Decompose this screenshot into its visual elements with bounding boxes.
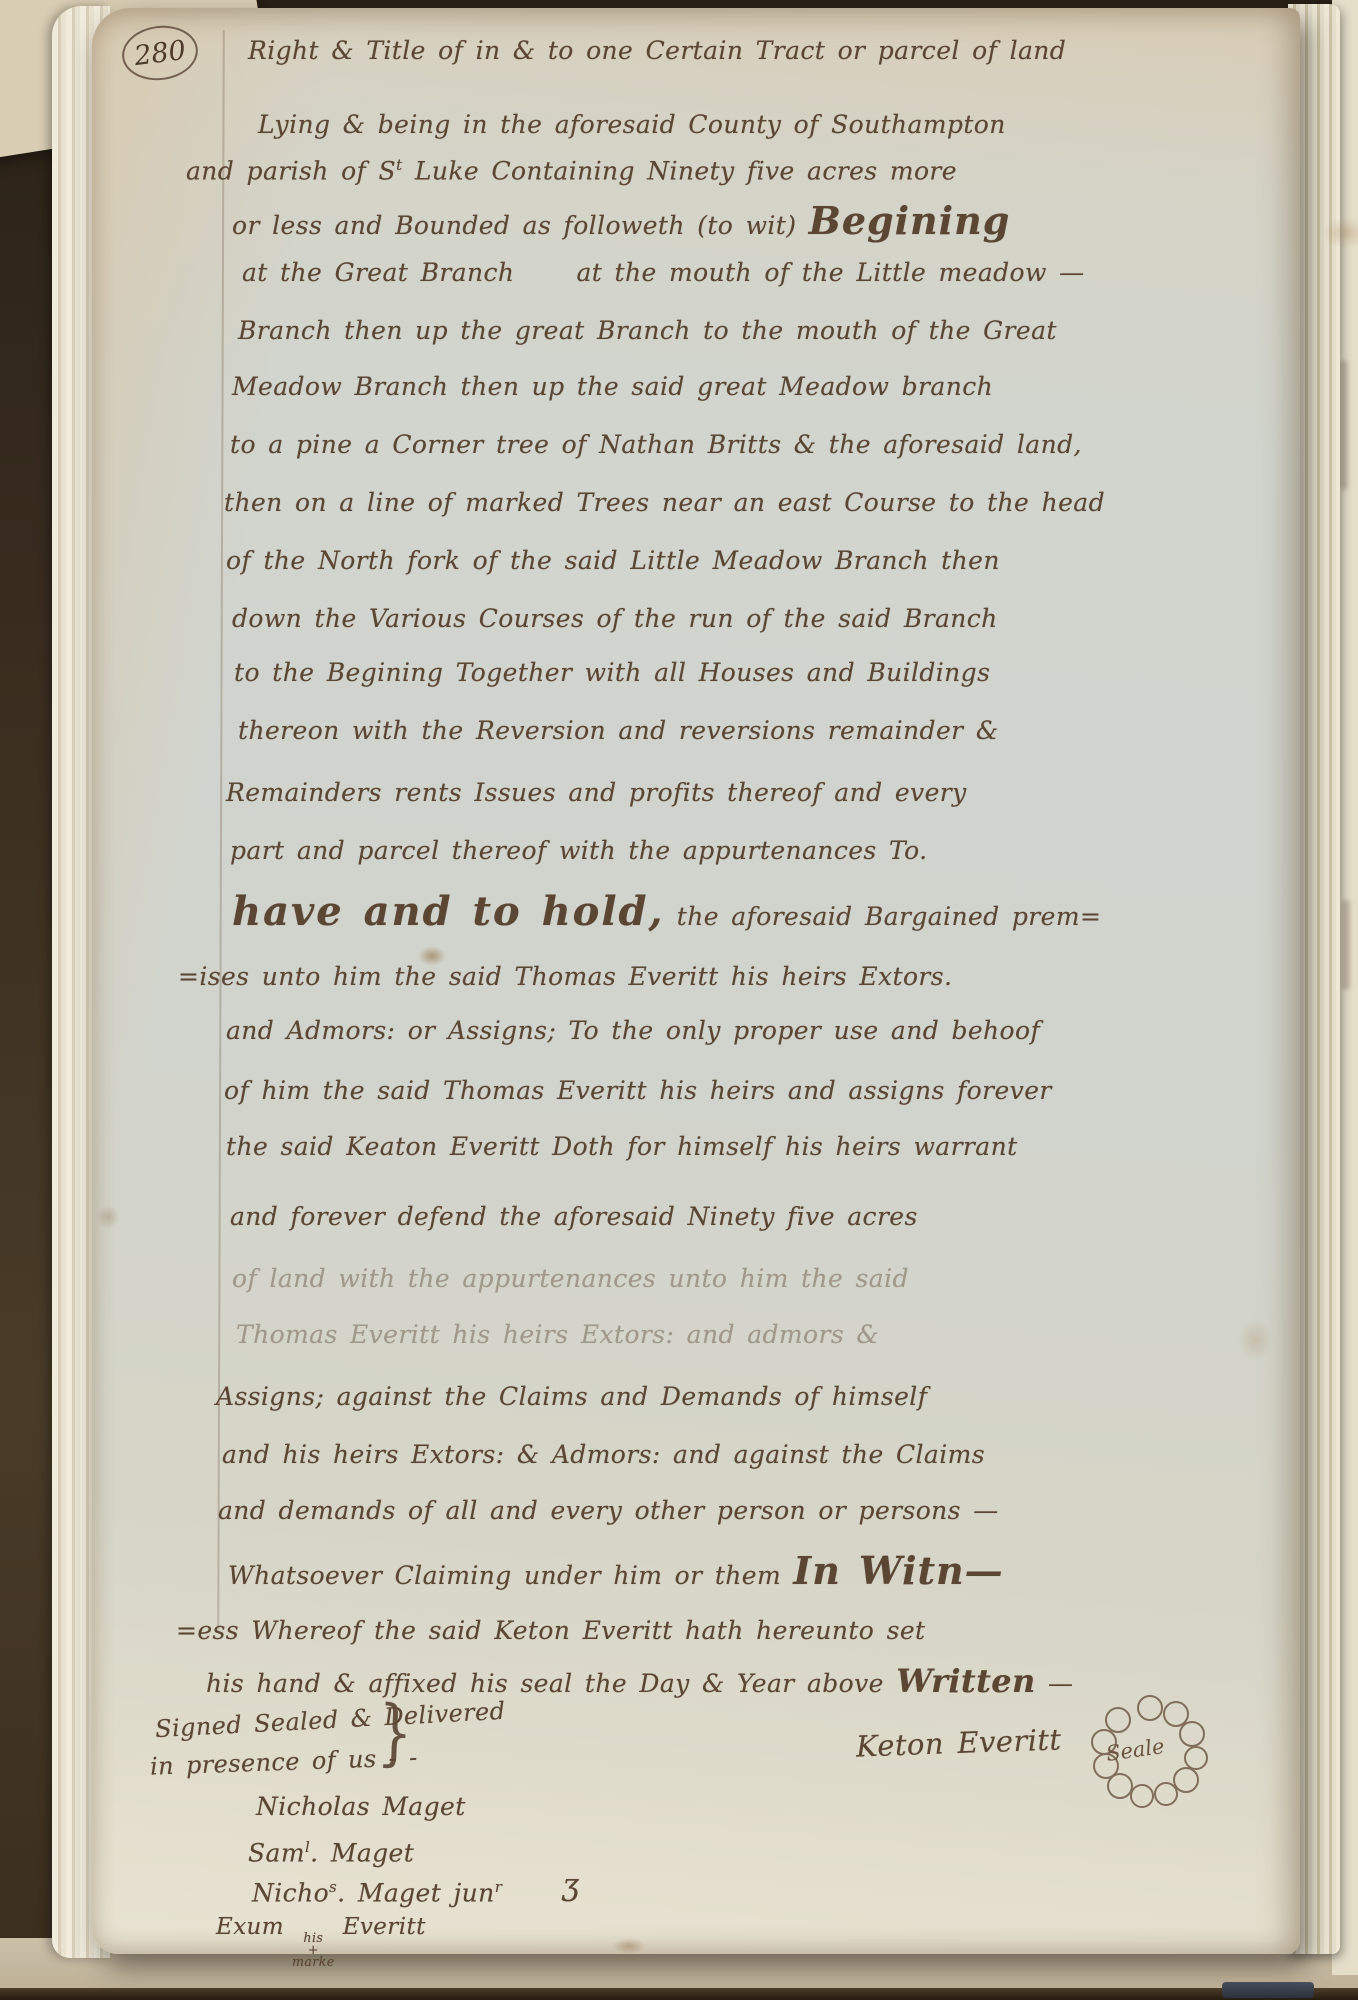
text-segment: Sam bbox=[248, 1838, 305, 1867]
text-segment: . Maget jun bbox=[337, 1878, 495, 1907]
text-segment: the aforesaid Bargained prem= bbox=[664, 902, 1101, 931]
text-segment: Remainders rents Issues and profits ther… bbox=[226, 778, 967, 807]
text-segment: Lying & being in the aforesaid County of… bbox=[258, 110, 1006, 139]
text-segment: Thomas Everitt his heirs Extors: and adm… bbox=[236, 1320, 879, 1349]
deed-line: Meadow Branch then up the said great Mea… bbox=[232, 372, 993, 401]
brace-flourish: } bbox=[376, 1689, 414, 1775]
witness-signature: Nichos. Maget junr bbox=[252, 1878, 502, 1907]
mark-part: marke bbox=[292, 1956, 335, 1968]
text-segment: and his heirs Extors: & Admors: and agai… bbox=[222, 1440, 985, 1469]
text-segment: Luke Containing Ninety five acres more bbox=[403, 156, 957, 185]
text-segment: Keton Everitt bbox=[855, 1722, 1061, 1763]
text-segment: Begining bbox=[809, 198, 1011, 243]
text-segment: Assigns; against the Claims and Demands … bbox=[216, 1382, 927, 1411]
deed-line: the said Keaton Everitt Doth for himself… bbox=[226, 1132, 1018, 1161]
deed-line: and his heirs Extors: & Admors: and agai… bbox=[222, 1440, 985, 1469]
deed-line: and Admors: or Assigns; To the only prop… bbox=[226, 1016, 1040, 1045]
text-segment: at the mouth of the Little meadow — bbox=[576, 258, 1084, 287]
deed-line: Whatsoever Claiming under him or them In… bbox=[228, 1548, 1004, 1593]
deed-line: and demands of all and every other perso… bbox=[218, 1496, 999, 1525]
witness-signature: Saml. Maget bbox=[248, 1838, 414, 1867]
deed-line: and parish of St Luke Containing Ninety … bbox=[186, 156, 957, 185]
text-segment: down the Various Courses of the run of t… bbox=[232, 604, 998, 633]
text-segment: at the Great Branch bbox=[242, 258, 514, 287]
stain bbox=[418, 946, 446, 966]
deed-line: part and parcel thereof with the appurte… bbox=[230, 836, 928, 865]
text-segment: Right & Title of in & to one Certain Tra… bbox=[248, 36, 1066, 65]
text-segment: his hand & affixed his seal the Day & Ye… bbox=[206, 1669, 896, 1698]
deed-line: Branch then up the great Branch to the m… bbox=[238, 316, 1057, 345]
stain bbox=[96, 1205, 120, 1229]
text-segment: the said Keaton Everitt Doth for himself… bbox=[226, 1132, 1018, 1161]
his-mark-cross: his+marke bbox=[292, 1932, 335, 1968]
deed-line: or less and Bounded as followeth (to wit… bbox=[232, 198, 1010, 243]
text-segment: to the Begining Together with all Houses… bbox=[234, 658, 990, 687]
deed-line: then on a line of marked Trees near an e… bbox=[224, 488, 1105, 517]
text-segment: have and to hold, bbox=[232, 888, 664, 935]
deed-line: Lying & being in the aforesaid County of… bbox=[258, 110, 1006, 139]
deed-line: his hand & affixed his seal the Day & Ye… bbox=[206, 1662, 1073, 1700]
deed-line: to a pine a Corner tree of Nathan Britts… bbox=[230, 430, 1082, 459]
text-segment: of the North fork of the said Little Mea… bbox=[226, 546, 1000, 575]
text-segment: =ess Whereof the said Keton Everitt hath… bbox=[176, 1616, 925, 1645]
text-segment: and parish of S bbox=[186, 156, 396, 185]
text-segment: Everitt bbox=[343, 1914, 426, 1940]
deed-line: Assigns; against the Claims and Demands … bbox=[216, 1382, 927, 1411]
text-segment: . Maget bbox=[310, 1838, 414, 1867]
deed-line: at the Great Branchat the mouth of the L… bbox=[242, 258, 1085, 287]
text-segment: thereon with the Reversion and reversion… bbox=[238, 716, 999, 745]
deed-line: Right & Title of in & to one Certain Tra… bbox=[248, 36, 1066, 65]
text-segment: Nicholas Maget bbox=[256, 1792, 466, 1821]
text-segment: then on a line of marked Trees near an e… bbox=[224, 488, 1105, 517]
deed-line: thereon with the Reversion and reversion… bbox=[238, 716, 999, 745]
text-segment: and demands of all and every other perso… bbox=[218, 1496, 999, 1525]
witness-signature: Exumhis+markeEveritt bbox=[216, 1914, 426, 1960]
text-segment: Whatsoever Claiming under him or them bbox=[228, 1561, 793, 1590]
text-segment: In Witn— bbox=[793, 1548, 1003, 1593]
deed-line: of him the said Thomas Everitt his heirs… bbox=[224, 1076, 1052, 1105]
text-segment: and forever defend the aforesaid Ninety … bbox=[230, 1202, 918, 1231]
manuscript-photo: 280 Right & Title of in & to one Certain… bbox=[0, 0, 1358, 2000]
deed-line: Remainders rents Issues and profits ther… bbox=[226, 778, 967, 807]
flourish: ʒ bbox=[562, 1868, 579, 1903]
text-segment: of land with the appurtenances unto him … bbox=[232, 1264, 909, 1293]
text-segment: ʒ bbox=[562, 1868, 579, 1903]
text-segment: — bbox=[1036, 1669, 1074, 1698]
text-segment: } bbox=[376, 1689, 414, 1775]
deed-line: and forever defend the aforesaid Ninety … bbox=[230, 1202, 918, 1231]
attestation-line: Signed Sealed & Delivered bbox=[155, 1697, 507, 1743]
deed-line: of land with the appurtenances unto him … bbox=[232, 1264, 909, 1293]
text-segment: Exum bbox=[216, 1914, 284, 1940]
text-segment: =ises unto him the said Thomas Everitt h… bbox=[178, 962, 952, 991]
text-segment: Signed Sealed & Delivered bbox=[155, 1697, 507, 1743]
text-segment: of him the said Thomas Everitt his heirs… bbox=[224, 1076, 1052, 1105]
seal-doodle: Seale bbox=[1088, 1692, 1212, 1814]
text-segment: to a pine a Corner tree of Nathan Britts… bbox=[230, 430, 1082, 459]
deed-line: =ess Whereof the said Keton Everitt hath… bbox=[176, 1616, 925, 1645]
stain bbox=[612, 1938, 646, 1954]
grantor-signature: Keton Everitt bbox=[855, 1722, 1061, 1763]
text-segment: Meadow Branch then up the said great Mea… bbox=[232, 372, 993, 401]
text-segment: s bbox=[329, 1878, 337, 1896]
text-segment: part and parcel thereof with the appurte… bbox=[230, 836, 928, 865]
deed-line: of the North fork of the said Little Mea… bbox=[226, 546, 1000, 575]
text-segment: Written bbox=[896, 1662, 1036, 1700]
text-segment: and Admors: or Assigns; To the only prop… bbox=[226, 1016, 1040, 1045]
witness-signature: Nicholas Maget bbox=[256, 1792, 466, 1821]
text-segment: r bbox=[495, 1878, 503, 1896]
deed-line: have and to hold, the aforesaid Bargaine… bbox=[232, 888, 1101, 935]
deed-line: to the Begining Together with all Houses… bbox=[234, 658, 990, 687]
deed-line: down the Various Courses of the run of t… bbox=[232, 604, 998, 633]
text-segment: Nicho bbox=[252, 1878, 329, 1907]
text-segment: Branch then up the great Branch to the m… bbox=[238, 316, 1057, 345]
text-segment: or less and Bounded as followeth (to wit… bbox=[232, 211, 809, 240]
deed-line: =ises unto him the said Thomas Everitt h… bbox=[178, 962, 952, 991]
deed-line: Thomas Everitt his heirs Extors: and adm… bbox=[236, 1320, 879, 1349]
